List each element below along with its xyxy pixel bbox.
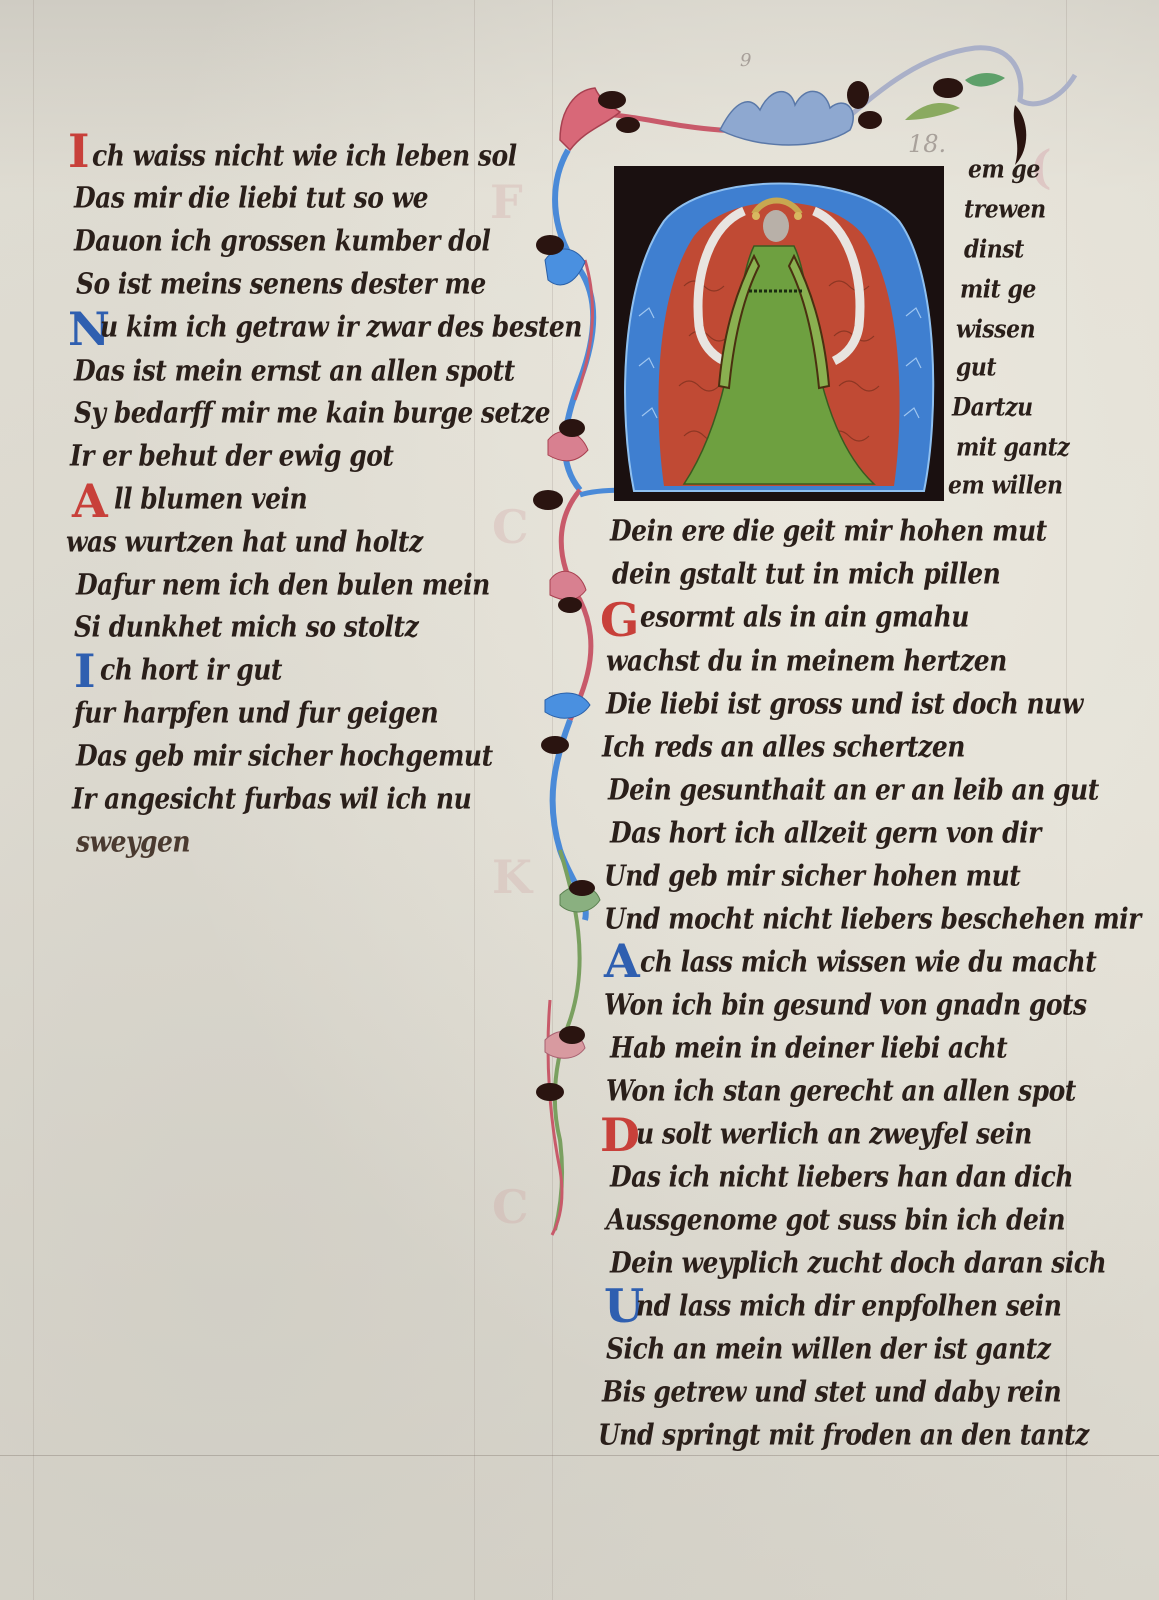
verse-fragment: gut <box>956 355 996 380</box>
verse-fragment: wissen <box>956 317 1035 342</box>
verse-line: u kim ich getraw ir zwar des besten <box>100 312 582 341</box>
verse-line: nd lass mich dir enpfolhen sein <box>636 1291 1061 1320</box>
verse-line: Dafur nem ich den bulen mein <box>76 570 490 599</box>
verse-line: Ich reds an alles schertzen <box>602 732 965 761</box>
rubric-initial: G <box>600 597 639 643</box>
verse-line: was wurtzen hat und holtz <box>66 527 423 556</box>
verse-fragment: mit gantz <box>956 435 1069 460</box>
verse-line: Das ich nicht liebers han dan dich <box>610 1162 1073 1191</box>
verse-fragment: mit ge <box>960 277 1036 302</box>
verse-line: esormt als in ain gmahu <box>640 602 969 631</box>
verse-line: ch waiss nicht wie ich leben sol <box>92 141 517 170</box>
verse-line: Dein weyplich zucht doch daran sich <box>610 1248 1106 1277</box>
verse-line: Die liebi ist gross und ist doch nuw <box>606 689 1083 718</box>
verse-fragment: em ge <box>968 157 1040 182</box>
manuscript-page: 9 18. F ( C K C <box>0 0 1159 1600</box>
verse-line: Dein ere die geit mir hohen mut <box>610 516 1047 545</box>
verse-line: Sich an mein willen der ist gantz <box>606 1334 1050 1363</box>
verse-line: Si dunkhet mich so stoltz <box>74 612 418 641</box>
verse-line: Dein gesunthait an er an leib an gut <box>608 775 1099 804</box>
verse-line: Dauon ich grossen kumber dol <box>74 226 490 255</box>
verse-line: Bis getrew und stet und daby rein <box>602 1377 1061 1406</box>
verse-line: Und geb mir sicher hohen mut <box>604 861 1020 890</box>
verse-line: ch lass mich wissen wie du macht <box>640 947 1096 976</box>
verse-fragment: trewen <box>964 197 1046 222</box>
verse-line: Won ich bin gesund von gnadn gots <box>604 990 1087 1019</box>
lombard-initial: I <box>74 648 96 694</box>
verse-line: dein gstalt tut in mich pillen <box>612 559 1000 588</box>
verse-fragment: em willen <box>948 473 1062 498</box>
historiated-initial <box>614 166 944 506</box>
lombard-initial: A <box>604 938 640 984</box>
verse-line: Ir angesicht furbas wil ich nu <box>72 784 471 813</box>
verse-line: u solt werlich an zweyfel sein <box>636 1119 1032 1148</box>
verse-fragment: dinst <box>964 237 1024 262</box>
verse-line: fur harpfen und fur geigen <box>74 698 438 727</box>
verse-line: Das mir die liebi tut so we <box>74 183 428 212</box>
verse-line: sweygen <box>76 827 190 856</box>
verse-line: Und mocht nicht liebers beschehen mir <box>604 904 1141 933</box>
verse-line: Sy bedarff mir me kain burge setze <box>74 398 550 427</box>
verse-line: Und springt mit froden an den tantz <box>598 1420 1089 1449</box>
verse-line: Das geb mir sicher hochgemut <box>76 741 493 770</box>
verse-line: wachst du in meinem hertzen <box>606 646 1007 675</box>
verse-line: ll blumen vein <box>114 484 307 513</box>
verse-line: Das ist mein ernst an allen spott <box>74 356 515 385</box>
verse-line: Won ich stan gerecht an allen spot <box>606 1076 1076 1105</box>
verse-line: So ist meins senens dester me <box>76 269 486 298</box>
verse-line: Ir er behut der ewig got <box>70 441 393 470</box>
verse-line: ch hort ir gut <box>100 655 282 684</box>
rubric-initial: I <box>68 128 90 174</box>
verse-fragment: Dartzu <box>952 395 1033 420</box>
verse-line: Aussgenome got suss bin ich dein <box>606 1205 1065 1234</box>
rubric-initial: D <box>600 1112 640 1158</box>
verse-line: Hab mein in deiner liebi acht <box>610 1033 1007 1062</box>
verse-line: Das hort ich allzeit gern von dir <box>610 818 1041 847</box>
rubric-initial: A <box>72 478 108 524</box>
